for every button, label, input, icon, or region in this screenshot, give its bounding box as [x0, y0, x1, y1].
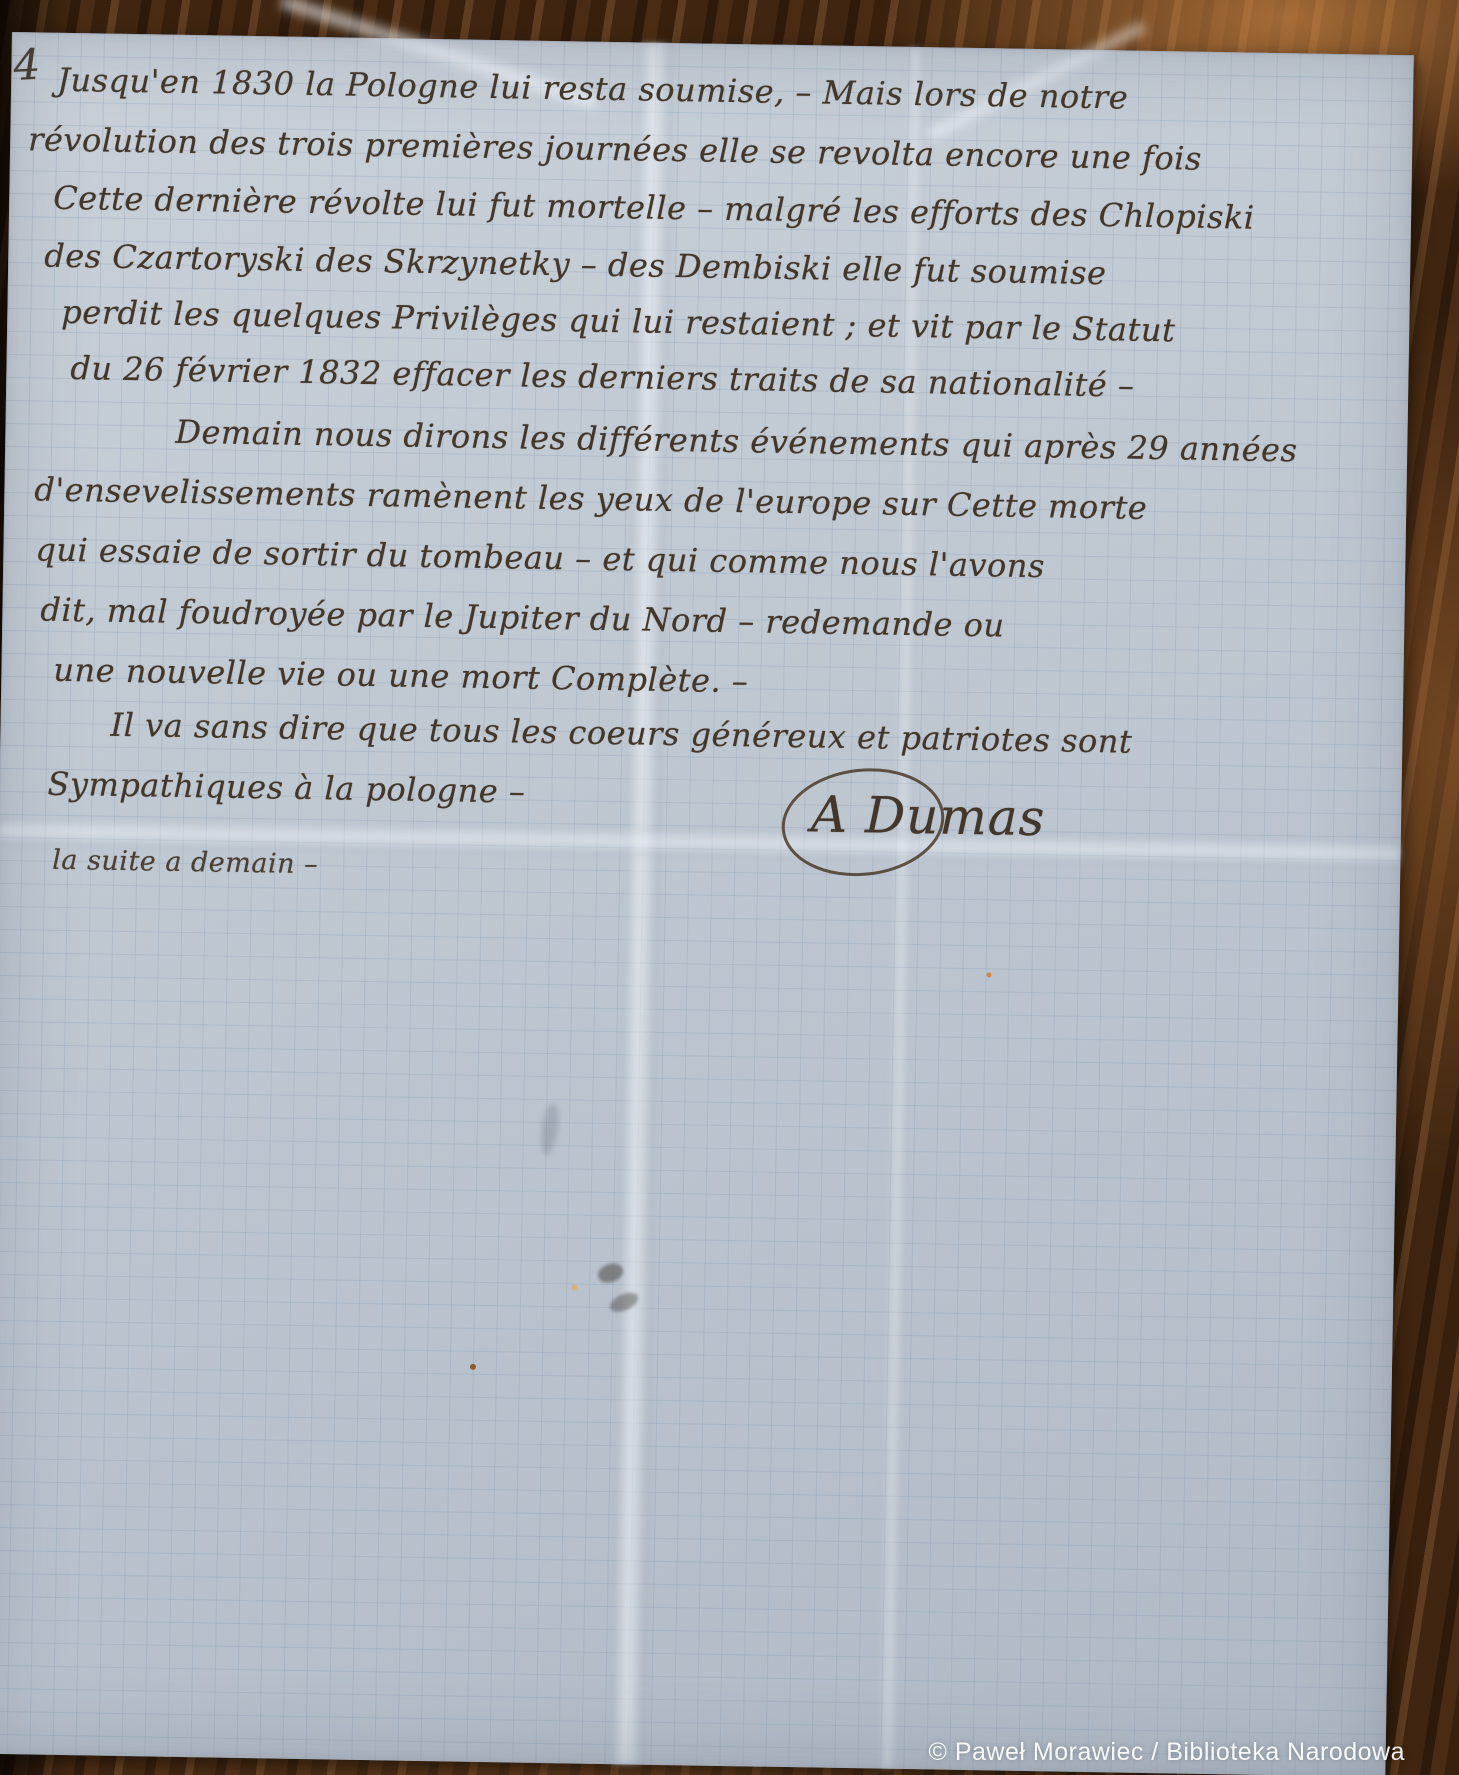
manuscript-line-6: du 26 février 1832 effacer les derniers …	[70, 349, 1135, 405]
photo-credit-watermark: © Paweł Morawiec / Biblioteka Narodowa	[928, 1738, 1405, 1767]
paper-edge-shading	[0, 32, 1414, 1775]
page-number: 4	[12, 40, 42, 90]
signature: A Dumas	[811, 785, 1046, 847]
manuscript-line-7: Demain nous dirons les différents événem…	[175, 413, 1298, 470]
paper-speck	[571, 1284, 577, 1290]
manuscript-line-13: Sympathiques à la pologne –	[47, 765, 525, 811]
ink-bleed-smudge	[538, 1102, 562, 1156]
manuscript-line-9: qui essaie de sortir du tombeau – et qui…	[35, 530, 1045, 585]
manuscript-line-5: perdit les quelques Privilèges qui lui r…	[61, 293, 1176, 349]
manuscript-line-4: des Czartoryski des Skrzynetky – des Dem…	[44, 237, 1107, 293]
quadrille-grid	[0, 32, 1414, 1775]
ink-bleed-smudge	[607, 1289, 641, 1316]
manuscript-line-3: Cette dernière révolte lui fut mortelle …	[53, 179, 1255, 237]
manuscript-line-8: d'ensevelissements ramènent les yeux de …	[34, 470, 1148, 526]
manuscript-line-11: une nouvelle vie ou une mort Complète. –	[53, 651, 749, 701]
paper-speck	[986, 972, 991, 977]
manuscript-page: 4 Jusqu'en 1830 la Pologne lui resta sou…	[0, 32, 1414, 1775]
closing-line: la suite a demain –	[52, 845, 318, 880]
manuscript-line-2: révolution des trois premières journées …	[28, 120, 1202, 177]
ink-bleed-smudge	[595, 1260, 625, 1286]
manuscript-line-1: Jusqu'en 1830 la Pologne lui resta soumi…	[57, 61, 1129, 117]
vertical-fold-crease	[609, 42, 674, 1764]
vertical-fold-crease-faint	[876, 47, 927, 1769]
manuscript-line-10: dit, mal foudroyée par le Jupiter du Nor…	[40, 591, 1005, 645]
signature-block: A Dumas	[776, 759, 1108, 894]
manuscript-line-12: Il va sans dire que tous les coeurs géné…	[110, 706, 1132, 761]
paper-speck	[470, 1364, 476, 1370]
